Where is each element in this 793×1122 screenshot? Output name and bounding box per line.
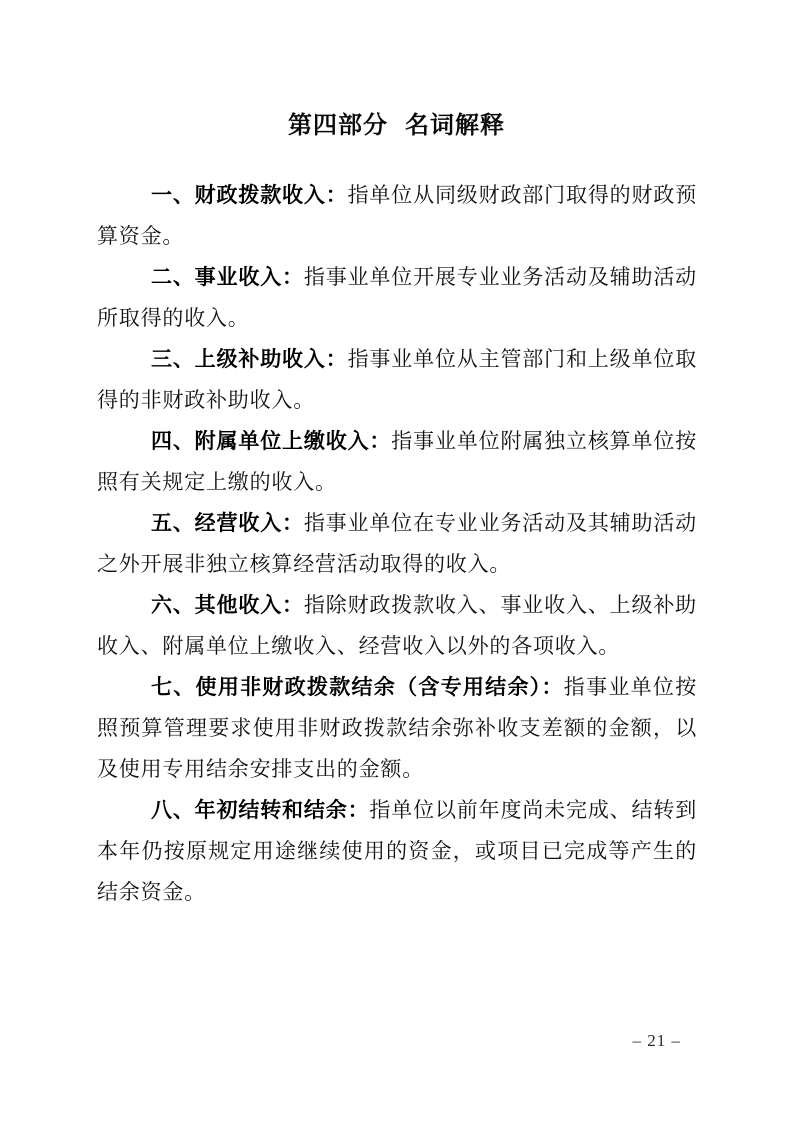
term-label: 二、事业收入： [151,265,304,289]
definition-item: 一、财政拨款收入：指单位从同级财政部门取得的财政预算资金。 [97,175,697,257]
definition-item: 三、上级补助收入：指事业单位从主管部门和上级单位取得的非财政补助收入。 [97,339,697,421]
definition-item: 八、年初结转和结余：指单位以前年度尚未完成、结转到本年仍按原规定用途继续使用的资… [97,790,697,913]
term-label: 八、年初结转和结余： [151,798,369,822]
definition-item: 四、附属单位上缴收入：指事业单位附属独立核算单位按照有关规定上缴的收入。 [97,421,697,503]
document-page: 第四部分 名词解释 一、财政拨款收入：指单位从同级财政部门取得的财政预算资金。 … [0,0,793,1122]
definition-item: 二、事业收入：指事业单位开展专业业务活动及辅助活动所取得的收入。 [97,257,697,339]
term-label: 四、附属单位上缴收入： [151,429,391,453]
term-label: 三、上级补助收入： [151,347,348,371]
definition-item: 五、经营收入：指事业单位在专业业务活动及其辅助活动之外开展非独立核算经营活动取得… [97,503,697,585]
page-number: – 21 – [633,1031,682,1051]
page-title: 第四部分 名词解释 [0,106,793,146]
definition-item: 六、其他收入：指除财政拨款收入、事业收入、上级补助收入、附属单位上缴收入、经营收… [97,585,697,667]
term-label: 七、使用非财政拨款结余（含专用结余）： [151,675,564,699]
definitions-list: 一、财政拨款收入：指单位从同级财政部门取得的财政预算资金。 二、事业收入：指事业… [97,175,697,913]
term-label: 六、其他收入： [151,593,304,617]
definition-item: 七、使用非财政拨款结余（含专用结余）：指事业单位按照预算管理要求使用非财政拨款结… [97,667,697,790]
term-label: 五、经营收入： [151,511,304,535]
term-label: 一、财政拨款收入： [151,183,348,207]
